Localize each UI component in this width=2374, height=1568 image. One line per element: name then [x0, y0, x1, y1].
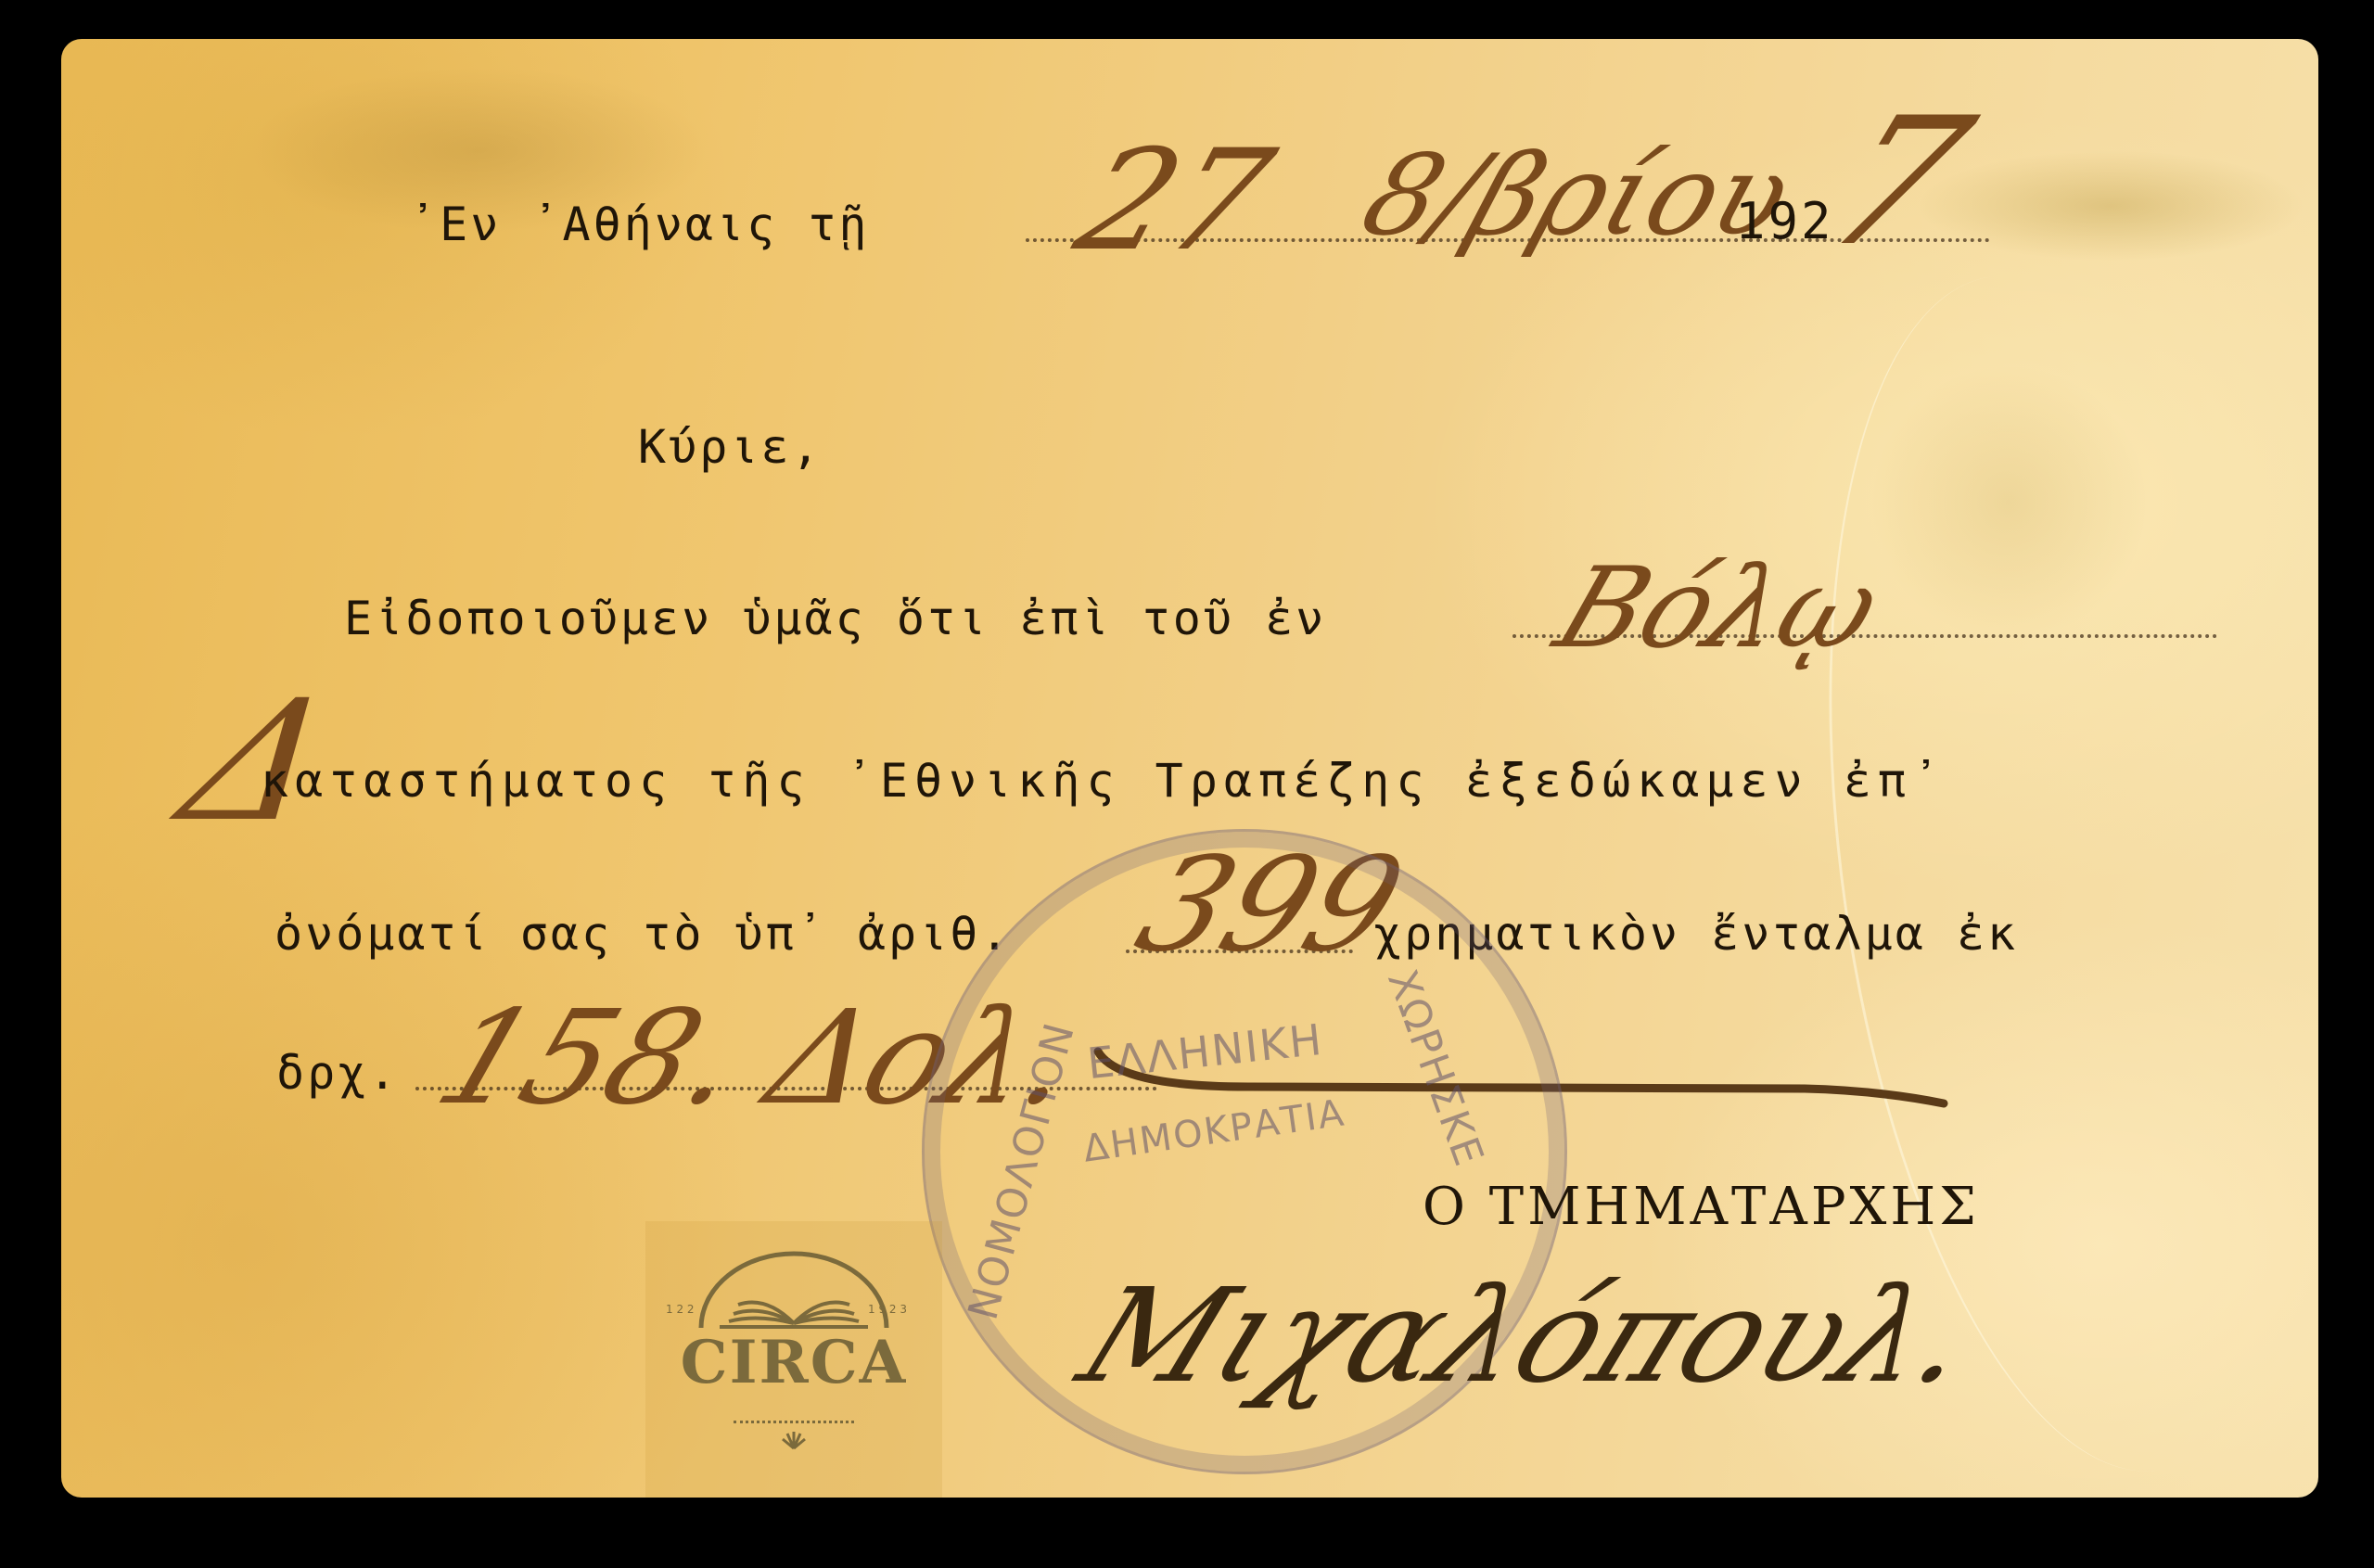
stamp-center-line-2: ΔΗΜΟΚΡΑΤΙΑ	[1080, 1091, 1347, 1170]
stamp-ring-right: ΧΩΡΗΣΚΕ	[1378, 964, 1493, 1174]
postcard: ᾽Εν ᾽Αθήναις τῇ 27 8/βρίου 192 7 Κύριε, …	[61, 39, 2318, 1498]
stamp-center-line-1: ΕΛΛΗΝΙΚΗ	[1085, 1014, 1326, 1089]
circa-watermark: 1 2 2 1 9 2 3 CIRCA	[645, 1221, 942, 1498]
watermark-divider	[734, 1421, 854, 1423]
body-line-3a: ὀνόματί σας τὸ ὑπ᾽ ἀριθ.	[274, 911, 1011, 957]
closing-title: Ο ΤΜΗΜΑΤΑΡΧΗΣ	[1423, 1181, 1980, 1233]
open-book-icon	[683, 1249, 905, 1332]
stamp-ring-left: ΝΟΜΟΛΟΓΙΟΝ	[960, 1017, 1085, 1325]
date-day-handwritten: 27	[1064, 132, 1286, 271]
body-line-1: Εἰδοποιοῦμεν ὑμᾶς ὅτι ἐπὶ τοῦ ἐν	[344, 595, 1326, 642]
currency-label: δρχ.	[276, 1050, 399, 1096]
sunburst-icon	[780, 1430, 808, 1450]
paper-stain	[1916, 150, 2305, 261]
date-year-handwritten: 7	[1806, 95, 1990, 271]
watermark-right-mark: 1 9 2 3	[868, 1303, 907, 1316]
date-prefix: ᾽Εν ᾽Αθήναις τῇ	[409, 201, 870, 248]
body-line-2: καταστήματος τῆς ᾽Εθνικῆς Τραπέζης ἐξεδώ…	[261, 758, 1946, 804]
watermark-left-mark: 1 2 2	[666, 1303, 695, 1316]
signature: Μιχαλόπουλ.	[1065, 1272, 1994, 1402]
watermark-brand: CIRCA	[645, 1328, 942, 1397]
salutation: Κύριε,	[638, 424, 823, 470]
branch-location-handwritten: Βόλῳ	[1543, 554, 1894, 665]
